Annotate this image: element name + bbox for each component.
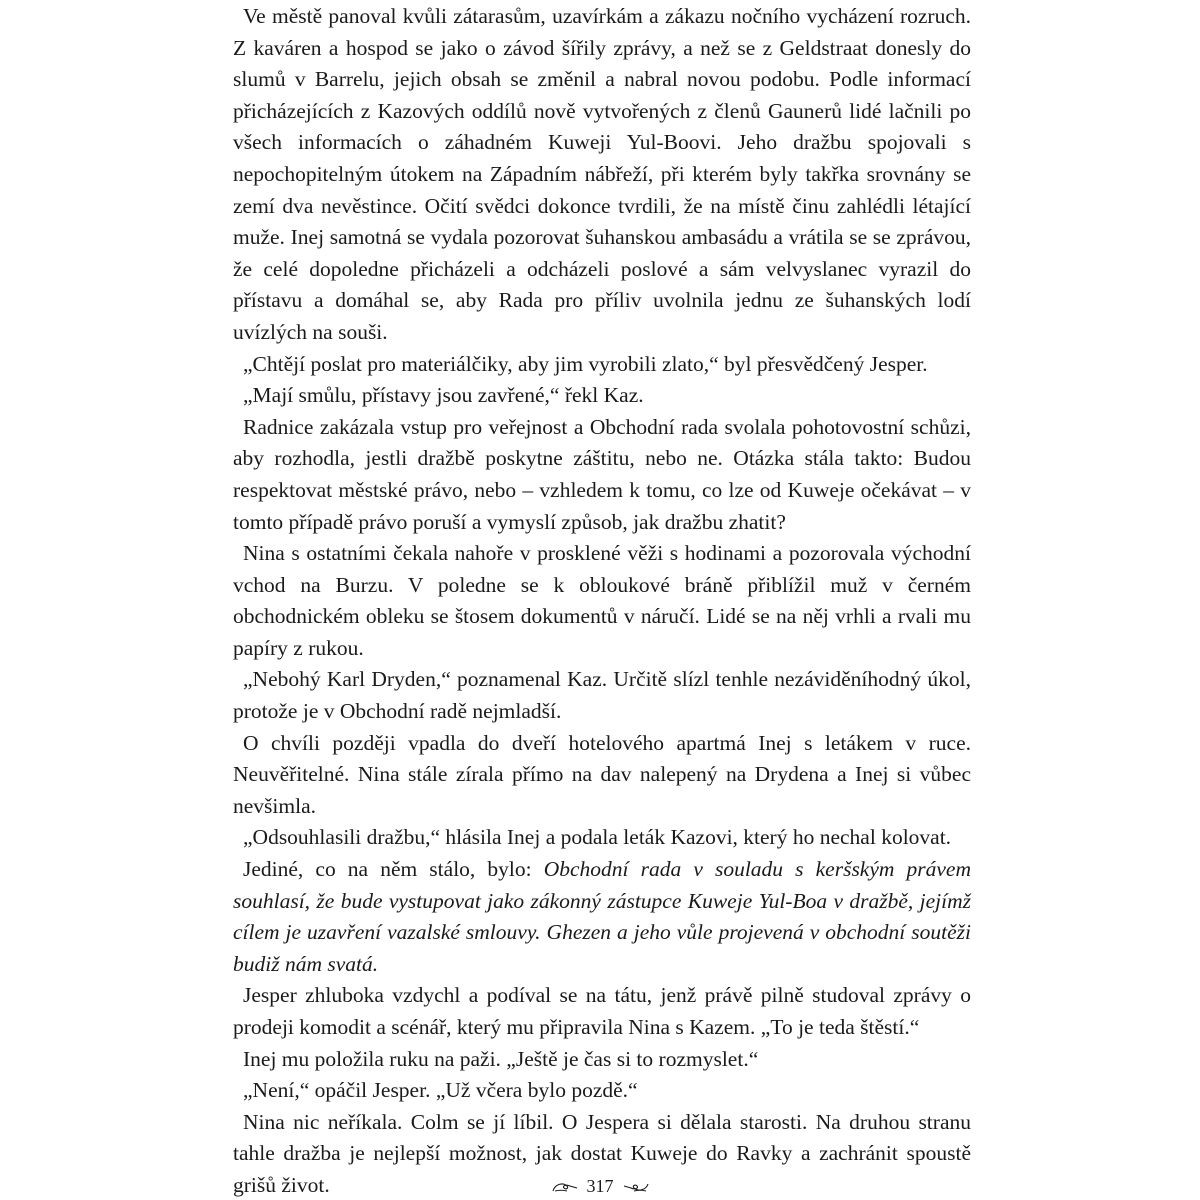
paragraph-text: Jesper zhluboka vzdychl a podíval se na … [233, 983, 971, 1039]
paragraph-text: „Není,“ opáčil Jesper. „Už včera bylo po… [243, 1078, 638, 1102]
paragraph-text: „Odsouhlasili dražbu,“ hlásila Inej a po… [243, 825, 951, 849]
book-page-text: Ve městě panoval kvůli zátarasům, uzavír… [233, 0, 971, 1200]
paragraph-2: „Chtějí poslat pro materiálčiky, aby jim… [233, 349, 971, 381]
paragraph-8: „Odsouhlasili dražbu,“ hlásila Inej a po… [233, 822, 971, 854]
paragraph-text: „Nebohý Karl Dryden,“ poznamenal Kaz. Ur… [233, 667, 971, 723]
flourish-left-icon [551, 1180, 579, 1194]
paragraph-4: Radnice zakázala vstup pro veřejnost a O… [233, 412, 971, 538]
paragraph-text: Jediné, co na něm stálo, bylo: [243, 857, 544, 881]
paragraph-1: Ve městě panoval kvůli zátarasům, uzavír… [233, 1, 971, 349]
paragraph-12: „Není,“ opáčil Jesper. „Už včera bylo po… [233, 1075, 971, 1107]
paragraph-11: Inej mu položila ruku na paži. „Ještě je… [233, 1044, 971, 1076]
paragraph-text: Ve městě panoval kvůli zátarasům, uzavír… [233, 4, 971, 344]
paragraph-10: Jesper zhluboka vzdychl a podíval se na … [233, 980, 971, 1043]
paragraph-text: „Mají smůlu, přístavy jsou zavřené,“ řek… [243, 383, 644, 407]
page-number: 317 [587, 1176, 614, 1197]
paragraph-text: „Chtějí poslat pro materiálčiky, aby jim… [243, 352, 928, 376]
paragraph-5: Nina s ostatními čekala nahoře v proskle… [233, 538, 971, 664]
paragraph-text: Radnice zakázala vstup pro veřejnost a O… [233, 415, 971, 534]
paragraph-text: Inej mu položila ruku na paži. „Ještě je… [243, 1047, 758, 1071]
paragraph-text: O chvíli později vpadla do dveří hotelov… [233, 731, 971, 818]
flourish-right-icon [622, 1180, 650, 1194]
paragraph-6: „Nebohý Karl Dryden,“ poznamenal Kaz. Ur… [233, 664, 971, 727]
page-footer: 317 [0, 1176, 1200, 1197]
paragraph-text: Nina s ostatními čekala nahoře v proskle… [233, 541, 971, 660]
paragraph-7: O chvíli později vpadla do dveří hotelov… [233, 728, 971, 823]
paragraph-9: Jediné, co na něm stálo, bylo: Obchodní … [233, 854, 971, 980]
paragraph-3: „Mají smůlu, přístavy jsou zavřené,“ řek… [233, 380, 971, 412]
